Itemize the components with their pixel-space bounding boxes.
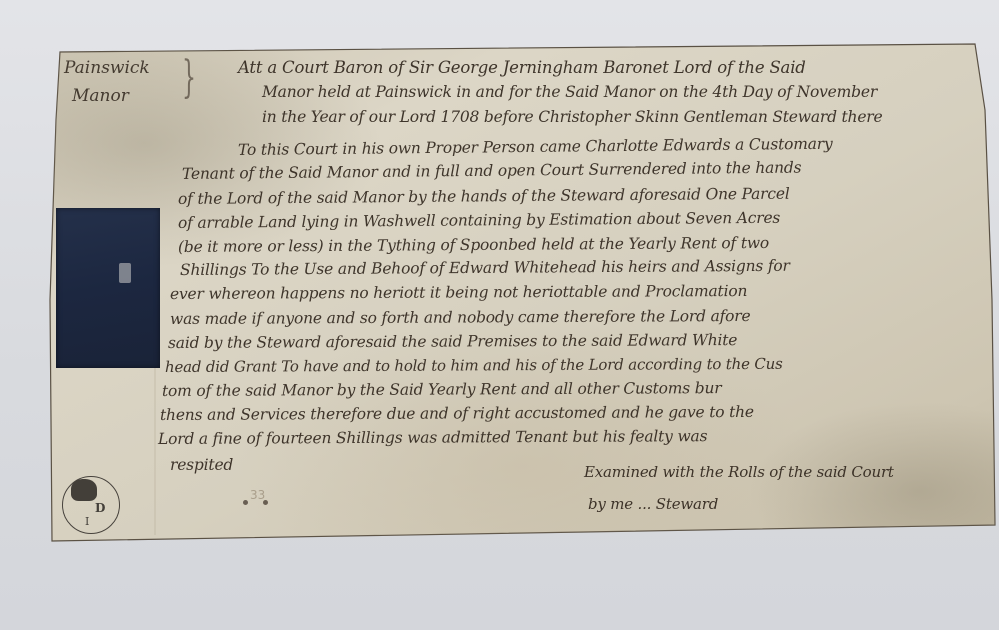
text-line-7: of arrable Land lying in Washwell contai… (178, 209, 780, 232)
crown-icon (71, 479, 97, 501)
text-line-15: thens and Services therefore due and of … (160, 403, 754, 424)
text-line-1: Att a Court Baron of Sir George Jerningh… (238, 58, 806, 77)
manuscript-text: Painswick Manor } Att a Court Baron of S… (0, 0, 999, 630)
attestation-line-1: Examined with the Rolls of the said Cour… (584, 463, 894, 481)
crown-stamp: D I (62, 476, 120, 534)
margin-heading-line1: Painswick (64, 58, 150, 78)
text-line-13: head did Grant To have and to hold to hi… (165, 355, 783, 376)
text-line-12: said by the Steward aforesaid the said P… (168, 331, 737, 352)
stamp-letter-d: D (95, 501, 105, 515)
text-line-6: of the Lord of the said Manor by the han… (178, 185, 790, 208)
text-line-17: respited (170, 456, 233, 474)
text-line-4: To this Court in his own Proper Person c… (238, 135, 833, 159)
text-line-2: Manor held at Painswick in and for the S… (262, 83, 877, 101)
text-line-14: tom of the said Manor by the Said Yearly… (162, 379, 722, 400)
brace-icon: } (182, 52, 196, 103)
text-line-8: (be it more or less) in the Tything of S… (178, 234, 769, 256)
ink-spot (243, 500, 248, 505)
margin-heading-line2: Manor (72, 86, 129, 106)
text-line-5: Tenant of the Said Manor and in full and… (182, 159, 802, 183)
stamp-letter-i: I (85, 515, 89, 528)
text-line-16: Lord a fine of fourteen Shillings was ad… (158, 427, 707, 448)
text-line-11: was made if anyone and so forth and nobo… (170, 307, 751, 328)
attestation-line-2: by me ... Steward (588, 495, 718, 513)
text-line-3: in the Year of our Lord 1708 before Chri… (262, 108, 883, 126)
text-line-9: Shillings To the Use and Behoof of Edwar… (180, 257, 790, 279)
ink-spot (263, 500, 268, 505)
parchment-document: Painswick Manor } Att a Court Baron of S… (0, 0, 999, 630)
text-line-10: ever whereon happens no heriott it being… (170, 282, 747, 303)
